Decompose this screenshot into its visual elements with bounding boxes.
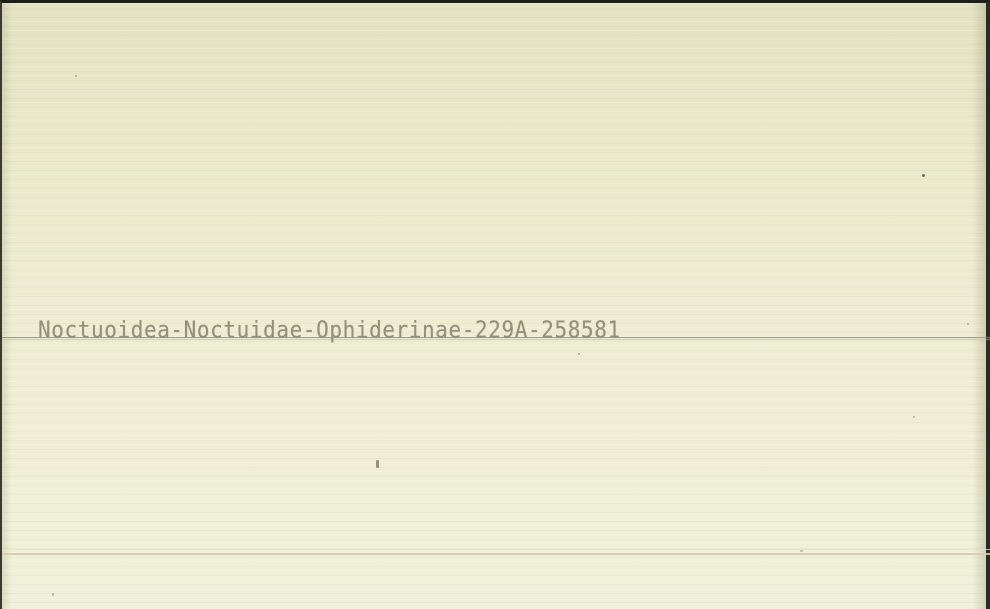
bottom-rule-highlight: [2, 549, 990, 550]
bottom-rule: [2, 553, 990, 555]
index-card: Noctuoidea-Noctuidae-Ophiderinae-229A-25…: [0, 0, 990, 609]
speck-mark: [376, 460, 379, 468]
speck-mark: [52, 593, 54, 596]
speck-mark: [75, 75, 77, 77]
card-right-edge: [972, 3, 986, 609]
speck-mark: [578, 353, 580, 355]
speck-mark: [913, 416, 915, 418]
taxonomy-label: Noctuoidea-Noctuidae-Ophiderinae-229A-25…: [38, 316, 621, 343]
speck-mark: [800, 550, 803, 552]
speck-mark: [967, 323, 969, 325]
speck-mark: [922, 174, 925, 177]
card-left-edge: [2, 3, 12, 609]
